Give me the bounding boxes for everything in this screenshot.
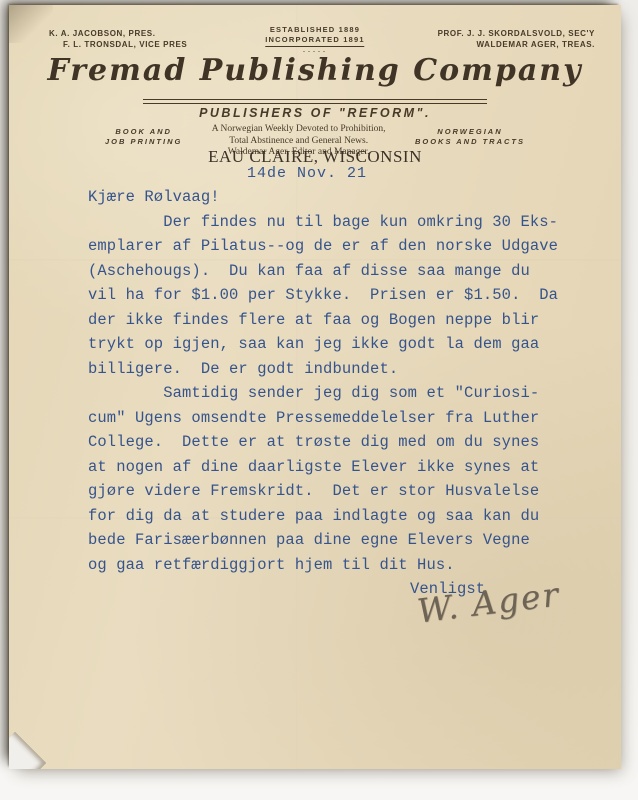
body-line: Der findes nu til bage kun omkring 30 Ek… [88, 210, 588, 235]
body-line: trykt op igjen, saa kan jeg ikke godt la… [88, 332, 588, 357]
bottom-left-dogear [9, 732, 46, 769]
left-service-line2: JOB PRINTING [105, 137, 182, 147]
establishment-block: ESTABLISHED 1889 INCORPORATED 1891 ····· [265, 25, 364, 56]
body-line: billigere. De er godt indbundet. [88, 357, 588, 382]
officer-secretary: PROF. J. J. SKORDALSVOLD, SEC'Y [438, 28, 595, 39]
body-line: Samtidig sender jeg dig som et "Curiosi- [88, 381, 588, 406]
body-line: emplarer af Pilatus--og de er af den nor… [88, 234, 588, 259]
body-line: for dig da at studere paa indlagte og sa… [88, 504, 588, 529]
officer-treasurer: WALDEMAR AGER, TREAS. [438, 39, 595, 50]
letter-paper: K. A. JACOBSON, PRES. F. L. TRONSDAL, VI… [9, 5, 621, 769]
weekly-line1: A Norwegian Weekly Devoted to Prohibitio… [184, 124, 414, 136]
right-service-block: NORWEGIAN BOOKS AND TRACTS [415, 124, 525, 147]
left-service-block: BOOK AND JOB PRINTING [105, 124, 182, 147]
right-service-line2: BOOKS AND TRACTS [415, 137, 525, 147]
body-line: og gaa retfærdiggjort hjem til dit Hus. [88, 553, 588, 578]
body-line: College. Dette er at trøste dig med om d… [88, 430, 588, 455]
date-line: 14de Nov. 21 [247, 165, 367, 182]
city-line: EAU CLAIRE, WISCONSIN [9, 147, 621, 167]
body-line: der ikke findes flere at faa og Bogen ne… [88, 308, 588, 333]
body-line: bede Farisæerbønnen paa dine egne Elever… [88, 528, 588, 553]
scanned-letter-page: { "letterhead": { "officers_left": { "li… [0, 0, 638, 800]
officer-president: K. A. JACOBSON, PRES. [49, 28, 187, 39]
body-line: (Aschehougs). Du kan faa af disse saa ma… [88, 259, 588, 284]
body-line: at nogen af dine daarligste Elever ikke … [88, 455, 588, 480]
left-service-line1: BOOK AND [105, 127, 182, 137]
body-line: vil ha for $1.00 per Stykke. Prisen er $… [88, 283, 588, 308]
incorporated-line: INCORPORATED 1891 [265, 35, 364, 45]
right-service-line1: NORWEGIAN [415, 127, 525, 137]
officers-right: PROF. J. J. SKORDALSVOLD, SEC'Y WALDEMAR… [438, 28, 595, 50]
officers-left: K. A. JACOBSON, PRES. F. L. TRONSDAL, VI… [49, 28, 187, 50]
company-name: Fremad Publishing Company [9, 53, 621, 88]
established-line: ESTABLISHED 1889 [265, 25, 364, 35]
body-line: gjøre videre Fremskridt. Det er stor Hus… [88, 479, 588, 504]
top-left-corner-fold [9, 5, 53, 43]
tagline: PUBLISHERS OF "REFORM". [9, 106, 621, 120]
officer-vice-president: F. L. TRONSDAL, VICE PRES [49, 39, 187, 50]
letter-body: Kjære Rølvaag! Der findes nu til bage ku… [88, 185, 588, 602]
weekly-line2: Total Abstinence and General News. [184, 136, 414, 148]
company-name-underline [143, 99, 487, 104]
salutation: Kjære Rølvaag! [88, 185, 588, 210]
body-line: cum" Ugens omsendte Pressemeddelelser fr… [88, 406, 588, 431]
